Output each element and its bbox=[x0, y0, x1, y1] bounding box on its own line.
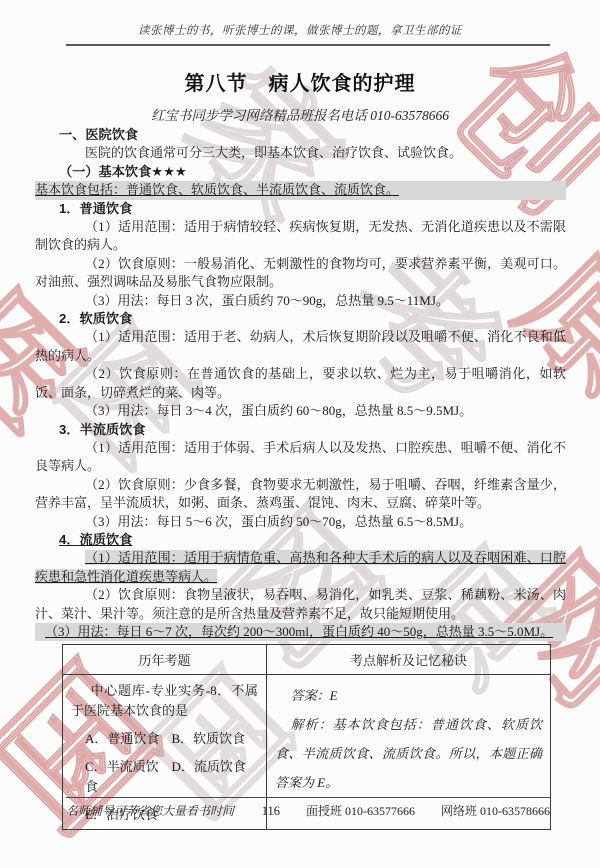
page-number: 116 bbox=[262, 804, 280, 819]
highlight-liquid-usage: （3）用法：每日 6～7 次，每次约 200～300ml，蛋白质约 40～50g… bbox=[35, 623, 566, 641]
heading-general-diet: 1．普通饮食 bbox=[35, 200, 566, 218]
heading-semiliquid-diet: 3．半流质饮食 bbox=[35, 421, 566, 439]
page-content: 读张博士的书，听张博士的课，做张博士的题，拿卫生部的证 第八节 病人饮食的护理 … bbox=[0, 0, 600, 868]
column-header-past-questions: 历年考题 bbox=[63, 645, 267, 675]
footer-rule bbox=[66, 797, 550, 798]
heading-hospital-diet: 一、医院饮食 bbox=[35, 126, 566, 144]
heading-liquid-diet-label: 4．流质饮食 bbox=[59, 532, 132, 547]
option-a: A．普通饮食 bbox=[85, 729, 172, 749]
paragraph-semiliquid-usage: （3）用法：每日 5～6 次，蛋白质约 50～70g，总热量 6.5～8.5MJ… bbox=[35, 513, 566, 531]
paragraph-intro: 医院的饮食通常可分三大类，即基本饮食、治疗饮食、试验饮食。 bbox=[35, 144, 566, 162]
footer-online-class: 网络班 010-63578666 bbox=[441, 802, 550, 819]
heading-soft-diet: 2．软质饮食 bbox=[35, 310, 566, 328]
body-text: 一、医院饮食 医院的饮食通常可分三大类，即基本饮食、治疗饮食、试验饮食。 （一）… bbox=[35, 126, 566, 641]
option-d: D．流质饮食 bbox=[172, 757, 259, 797]
page-footer: 名师辅导可节省您大量看书时间 116 面授班 010-63577666 网络班 … bbox=[66, 802, 550, 819]
column-header-analysis: 考点解析及记忆秘诀 bbox=[267, 645, 551, 675]
header-rule bbox=[66, 44, 550, 46]
paragraph-semiliquid-principle: （2）饮食原则：少食多餐，食物要求无刺激性，易于咀嚼、吞咽，纤维素含量少，营养丰… bbox=[35, 476, 566, 513]
paragraph-soft-usage: （3）用法：每日 3～4 次，蛋白质约 60～80g，总热量 8.5～9.5MJ… bbox=[35, 402, 566, 420]
header-slogan: 读张博士的书，听张博士的课，做张博士的题，拿卫生部的证 bbox=[0, 22, 600, 38]
document-page: 创原医网国家考医网原国 读张博士的书，听张博士的课，做张博士的题，拿卫生部的证 … bbox=[0, 0, 600, 868]
paragraph-general-usage: （3）用法：每日 3 次，蛋白质约 70～90g，总热量 9.5～11MJ。 bbox=[35, 292, 566, 310]
highlight-basic-diet-types: 基本饮食包括：普通饮食、软质饮食、半流质饮食、流质饮食。 bbox=[35, 181, 566, 199]
heading-basic-diet: （一）基本饮食★★★ bbox=[35, 163, 566, 181]
heading-liquid-diet: 4．流质饮食 bbox=[35, 531, 566, 549]
enrollment-phone-line: 红宝书同步学习网络精品班报名电话 010-63578666 bbox=[0, 104, 600, 124]
question-stem: 中心题库-专业实务-8．不属于医院基本饮食的是 bbox=[71, 681, 258, 721]
footer-tutor-note: 名师辅导可节省您大量看书时间 bbox=[66, 802, 262, 819]
paragraph-general-scope: （1）适用范围：适用于病情较轻、疾病恢复期，无发热、无消化道疾患以及不需限制饮食… bbox=[35, 218, 566, 255]
table-header-row: 历年考题 考点解析及记忆秘诀 bbox=[63, 645, 551, 675]
paragraph-soft-scope: （1）适用范围：适用于老、幼病人，术后恢复期阶段以及咀嚼不便、消化不良和低热的病… bbox=[35, 328, 566, 365]
highlight-liquid-scope: （1）适用范围：适用于病情危重、高热和各种大手术后的病人以及吞咽困难、口腔疾患和… bbox=[35, 549, 566, 586]
option-b: B．软质饮食 bbox=[172, 729, 259, 749]
answer-line: 答案：E bbox=[275, 681, 542, 710]
option-c: C．半流质饮食 bbox=[85, 757, 172, 797]
paragraph-general-principle: （2）饮食原则：一般易消化、无刺激性的食物均可，要求营养素平衡，美观可口。对油煎… bbox=[35, 255, 566, 292]
analysis-line: 解析：基本饮食包括：普通饮食、软质饮食、半流质饮食、流质饮食。所以，本题正确答案… bbox=[275, 710, 542, 797]
footer-f2f-class: 面授班 010-63577666 bbox=[306, 802, 415, 819]
paragraph-soft-principle: （2）饮食原则：在普通饮食的基础上，要求以软、烂为主，易于咀嚼消化，如软饭、面条… bbox=[35, 365, 566, 402]
highlight-liquid-scope-text: （1）适用范围：适用于病情危重、高热和各种大手术后的病人以及吞咽困难、口腔疾患和… bbox=[35, 550, 566, 583]
paragraph-liquid-principle: （2）饮食原则：食物呈液状，易吞咽、易消化，如乳类、豆浆、稀藕粉、米汤、肉汁、菜… bbox=[35, 586, 566, 623]
paragraph-semiliquid-scope: （1）适用范围：适用于体弱、手术后病人以及发热、口腔疾患、咀嚼不便、消化不良等病… bbox=[35, 439, 566, 476]
section-title: 第八节 病人饮食的护理 bbox=[0, 67, 600, 96]
